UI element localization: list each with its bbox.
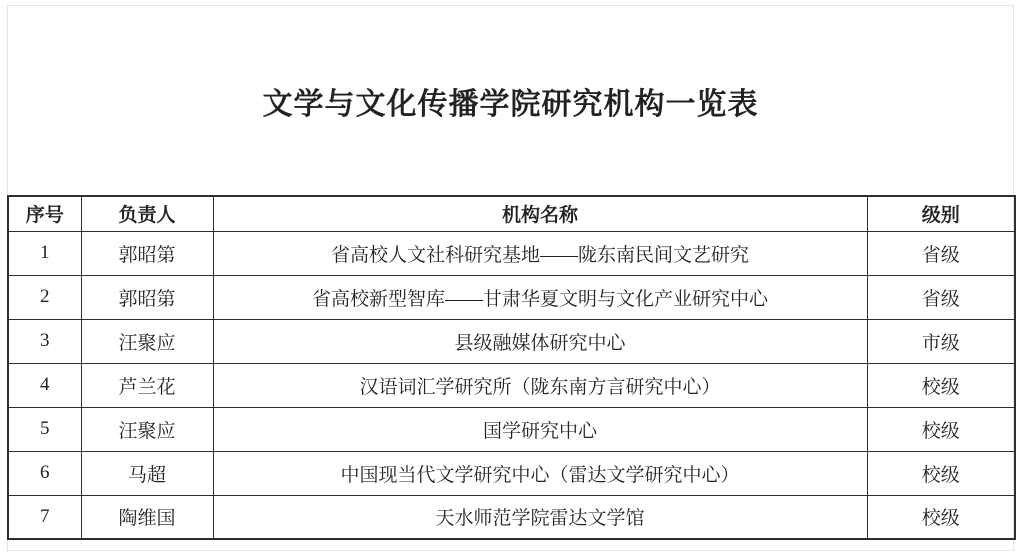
cell-leader: 郭昭第 xyxy=(81,231,213,275)
cell-level: 校级 xyxy=(867,451,1015,495)
table-body: 1郭昭第省高校人文社科研究基地——陇东南民间文艺研究省级2郭昭第省高校新型智库—… xyxy=(8,231,1015,539)
cell-name: 汉语词汇学研究所（陇东南方言研究中心） xyxy=(213,363,867,407)
cell-level: 校级 xyxy=(867,407,1015,451)
cell-name: 县级融媒体研究中心 xyxy=(213,319,867,363)
table-row: 1郭昭第省高校人文社科研究基地——陇东南民间文艺研究省级 xyxy=(8,231,1015,275)
cell-level: 省级 xyxy=(867,275,1015,319)
cell-name: 国学研究中心 xyxy=(213,407,867,451)
cell-index: 4 xyxy=(8,363,81,407)
table-row: 4芦兰花汉语词汇学研究所（陇东南方言研究中心）校级 xyxy=(8,363,1015,407)
cell-leader: 汪聚应 xyxy=(81,319,213,363)
cell-level: 校级 xyxy=(867,495,1015,539)
cell-name: 天水师范学院雷达文学馆 xyxy=(213,495,867,539)
table-row: 5汪聚应国学研究中心校级 xyxy=(8,407,1015,451)
cell-level: 市级 xyxy=(867,319,1015,363)
table-row: 2郭昭第省高校新型智库——甘肃华夏文明与文化产业研究中心省级 xyxy=(8,275,1015,319)
cell-index: 6 xyxy=(8,451,81,495)
cell-leader: 汪聚应 xyxy=(81,407,213,451)
cell-leader: 芦兰花 xyxy=(81,363,213,407)
table-row: 3汪聚应县级融媒体研究中心市级 xyxy=(8,319,1015,363)
research-institutions-table: 序号 负责人 机构名称 级别 1郭昭第省高校人文社科研究基地——陇东南民间文艺研… xyxy=(7,195,1016,540)
document-page: 文学与文化传播学院研究机构一览表 序号 负责人 机构名称 级别 1郭昭第省高校人… xyxy=(7,5,1014,551)
column-header-institution-name: 机构名称 xyxy=(213,196,867,231)
cell-index: 7 xyxy=(8,495,81,539)
table-header-row: 序号 负责人 机构名称 级别 xyxy=(8,196,1015,231)
cell-index: 2 xyxy=(8,275,81,319)
cell-leader: 马超 xyxy=(81,451,213,495)
column-header-index: 序号 xyxy=(8,196,81,231)
cell-index: 1 xyxy=(8,231,81,275)
cell-index: 5 xyxy=(8,407,81,451)
cell-name: 省高校新型智库——甘肃华夏文明与文化产业研究中心 xyxy=(213,275,867,319)
column-header-level: 级别 xyxy=(867,196,1015,231)
table-row: 6马超中国现当代文学研究中心（雷达文学研究中心）校级 xyxy=(8,451,1015,495)
cell-level: 校级 xyxy=(867,363,1015,407)
cell-name: 省高校人文社科研究基地——陇东南民间文艺研究 xyxy=(213,231,867,275)
cell-index: 3 xyxy=(8,319,81,363)
column-header-leader: 负责人 xyxy=(81,196,213,231)
table-header: 序号 负责人 机构名称 级别 xyxy=(8,196,1015,231)
cell-leader: 郭昭第 xyxy=(81,275,213,319)
cell-name: 中国现当代文学研究中心（雷达文学研究中心） xyxy=(213,451,867,495)
table-row: 7陶维国天水师范学院雷达文学馆校级 xyxy=(8,495,1015,539)
page-title: 文学与文化传播学院研究机构一览表 xyxy=(8,86,1013,124)
cell-leader: 陶维国 xyxy=(81,495,213,539)
cell-level: 省级 xyxy=(867,231,1015,275)
